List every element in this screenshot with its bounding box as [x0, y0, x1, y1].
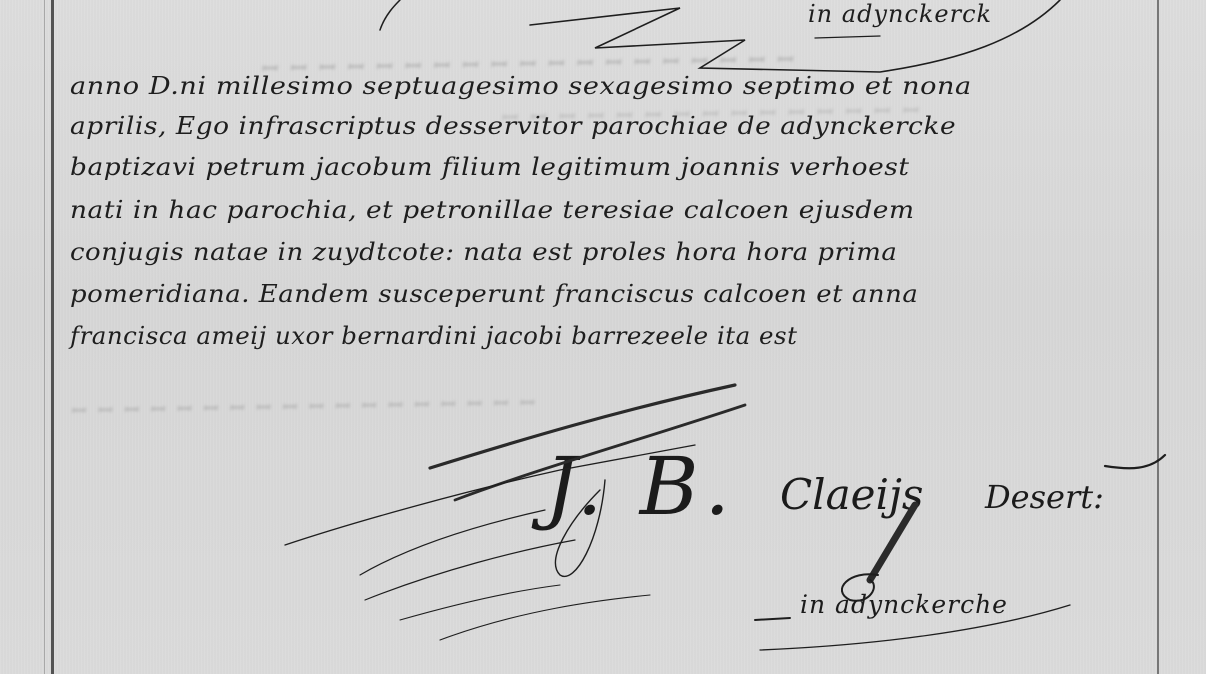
signature-name: Claeijs — [780, 470, 923, 519]
previous-entry-place-note: in adynckerck — [808, 0, 992, 28]
entry-line-3: baptizavi petrum jacobum filium legitimu… — [70, 153, 910, 181]
entry-line-4: nati in hac parochia, et petronillae ter… — [70, 196, 915, 224]
entry-line-5: conjugis natae in zuydtcote: nata est pr… — [70, 238, 897, 266]
entry-line-6: pomeridiana. Eandem susceperunt francisc… — [70, 280, 918, 308]
signature-title: Desert: — [985, 478, 1104, 516]
entry-line-1: anno D.ni millesimo septuagesimo sexages… — [70, 72, 972, 100]
scanned-register-page: ꟷ ꟷ ꟷ ꟷ ꟷ ꟷ ꟷ ꟷ ꟷ ꟷ ꟷ ꟷ ꟷ ꟷ ꟷ ꟷ ꟷ ꟷ ꟷ ꟷ … — [0, 0, 1206, 674]
signature-place: in adynckerche — [800, 590, 1008, 619]
bleed-through-text: ꟷ ꟷ ꟷ ꟷ ꟷ ꟷ ꟷ ꟷ ꟷ ꟷ ꟷ ꟷ ꟷ ꟷ ꟷ ꟷ ꟷ ꟷ — [70, 391, 536, 423]
entry-line-7: francisca ameij uxor bernardini jacobi b… — [70, 322, 797, 350]
left-margin-rule — [51, 0, 54, 674]
right-margin-rule — [1157, 0, 1159, 674]
left-margin-faint-rule — [44, 0, 45, 674]
entry-line-2: aprilis, Ego infrascriptus desservitor p… — [70, 112, 956, 140]
signature-initials: J. B. — [545, 440, 736, 533]
